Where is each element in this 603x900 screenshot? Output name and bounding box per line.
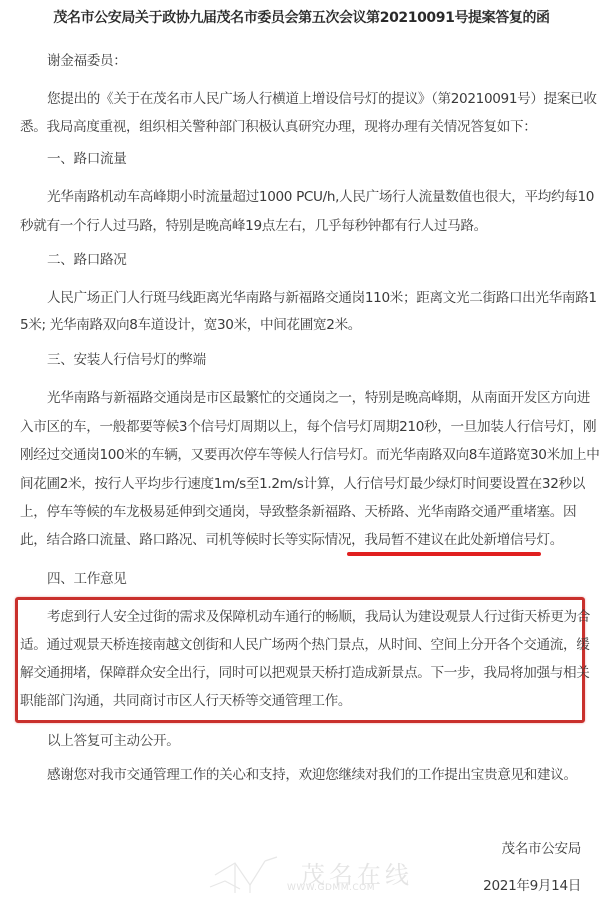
- section-2-line-2: 5米; 光华南路双向8车道设计，宽30米，中间花圃宽2米。: [20, 316, 583, 334]
- section-4-line-4: 职能部门沟通，共同商讨市区人行天桥等交通管理工作。: [20, 692, 583, 710]
- highlight-underline: [347, 552, 541, 556]
- thanks-note: 感谢您对我市交通管理工作的关心和支持，欢迎您继续对我们的工作提出宝贵意见和建议。: [47, 766, 583, 784]
- section-4-line-1: 考虑到行人安全过街的需求及保障机动车通行的畅顺，我局认为建设观景人行过街天桥更为…: [47, 608, 583, 626]
- section-1-heading: 一、路口流量: [47, 150, 583, 168]
- intro-line-1: 您提出的《关于在茂名市人民广场人行横道上增设信号灯的提议》（第20210091号…: [47, 90, 583, 108]
- section-3-heading: 三、安装人行信号灯的弊端: [47, 351, 583, 369]
- section-1-line-1: 光华南路机动车高峰期小时流量超过1000 PCU/h,人民广场行人流量数值也很大…: [47, 188, 583, 206]
- watermark: 茂名在线 WWW.GDMM.COM: [205, 855, 415, 895]
- document-title: 茂名市公安局关于政协九届茂名市委员会第五次会议第20210091号提案答复的函: [0, 8, 603, 28]
- closing-note: 以上答复可主动公开。: [47, 732, 583, 750]
- section-3-line-1: 光华南路与新福路交通岗是市区最繁忙的交通岗之一，特别是晚高峰期，从南面开发区方向…: [47, 389, 583, 407]
- section-4-line-3: 解交通拥堵，保障群众安全出行，同时可以把观景天桥打造成新景点。下一步，我局将加强…: [20, 664, 583, 682]
- section-3-line-5: 上，停车等候的车龙极易延伸到交通岗，导致整条新福路、天桥路、光华南路交通严重堵塞…: [20, 503, 583, 521]
- salutation: 谢金福委员：: [47, 52, 583, 70]
- watermark-logo-icon: [205, 855, 285, 895]
- section-4-line-2: 适。通过观景天桥连接南越文创街和人民广场两个热门景点，从时间、空间上分开各个交通…: [20, 636, 583, 654]
- section-2-heading: 二、路口路况: [47, 251, 583, 269]
- section-3-line-4: 间花圃2米，按行人平均步行速度1m/s至1.2m/s计算，人行信号灯最少绿灯时间…: [20, 475, 583, 493]
- watermark-url: WWW.GDMM.COM: [287, 883, 375, 893]
- section-4-heading: 四、工作意见: [47, 570, 583, 588]
- intro-line-2: 悉。我局高度重视，组织相关警种部门积极认真研究办理，现将办理有关情况答复如下：: [20, 118, 583, 136]
- section-1-line-2: 秒就有一个行人过马路，特别是晚高峰19点左右，几乎每秒钟都有行人过马路。: [20, 217, 583, 235]
- section-3-line-6: 此，结合路口流量、路口路况、司机等候时长等实际情况，我局暂不建议在此处新增信号灯…: [20, 531, 583, 549]
- section-3-line-3: 刚经过交通岗100米的车辆，又要再次停车等候人行信号灯。而光华南路双向8车道路宽…: [20, 446, 583, 464]
- section-3-line-2: 入市区的车，一般都要等候3个信号灯周期以上，每个信号灯周期210秒，一旦加装人行…: [20, 418, 583, 436]
- section-2-line-1: 人民广场正门人行斑马线距离光华南路与新福路交通岗110米；距离文光二街路口出光华…: [47, 289, 583, 307]
- signature: 茂名市公安局: [502, 840, 581, 858]
- date: 2021年9月14日: [483, 877, 581, 895]
